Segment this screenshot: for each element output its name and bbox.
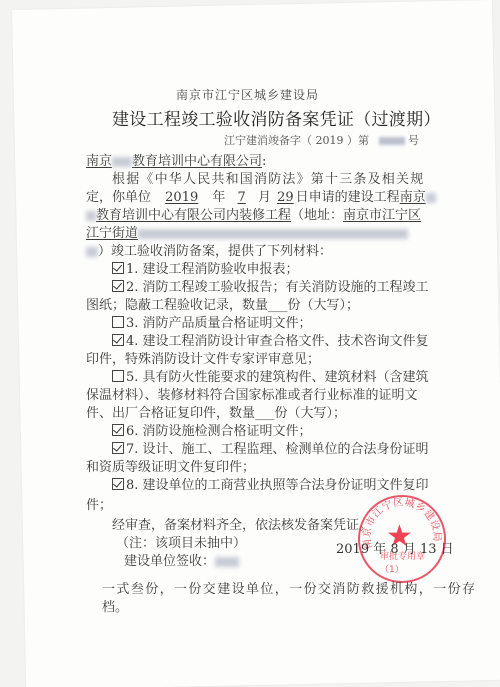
material-item-7: 7. 设计、施工、工程监理、检测单位的合法身份证明 [112, 438, 429, 457]
apply-year: 2019 [155, 190, 208, 205]
intro-line-2: 定，你单位 2019 年 7 月 29日申请的建设工程南京 [86, 186, 436, 205]
material-item-2: 2. 消防工程竣工验收报告；有关消防设施的工程竣工 [112, 276, 429, 295]
conclusion: 经审查，备案材料齐全，依法核发备案凭证。 [112, 514, 372, 533]
material-item-2-cont: 图纸；隐蔽工程验收记录，数量___份（大写）； [86, 294, 359, 313]
issue-date: 2019 年 8 月 13 日 [336, 538, 454, 557]
apply-day: 29 [275, 190, 296, 205]
redacted-address [138, 229, 408, 239]
checkbox-checked-icon [112, 280, 124, 292]
checkbox-checked-icon [112, 424, 124, 436]
redacted-text [112, 157, 132, 167]
checkbox-unchecked-icon [112, 316, 124, 328]
apply-month: 7 [230, 190, 254, 205]
material-item-5-cont-1: 保温材料）、装修材料符合国家标准或者行业标准的证明文 [86, 384, 418, 403]
checkbox-checked-icon [112, 442, 124, 454]
recipient: 南京教育培训中心有限公司: [86, 150, 266, 169]
checkbox-checked-icon [112, 334, 124, 346]
footer-line-1: 一式叁份，一份交建设单位，一份交消防救援机构，一份存 [102, 578, 476, 597]
redacted-signature [215, 557, 239, 567]
material-item-6: 6. 消防设施检测合格证明文件； [112, 420, 312, 439]
document-title: 建设工程竣工验收消防备案凭证（过渡期） [112, 105, 441, 130]
material-item-7-cont: 和资质等级证明文件复印件； [86, 456, 255, 475]
material-item-8-cont: 件； [86, 494, 112, 513]
document-number: 江宁建消竣备字（ 2019 ）第 号 [224, 132, 419, 148]
checkbox-checked-icon [112, 478, 124, 490]
project-name: 教育培训中心有限公司内装修工程 [96, 208, 291, 223]
intro-line-3: 教育培训中心有限公司内装修工程（地址：南京市江宁区 [86, 204, 421, 223]
footer-line-2: 档。 [102, 596, 128, 615]
material-item-3: 3. 消防产品质量合格证明文件； [112, 312, 312, 331]
intro-line-5: ）竣工验收消防备案，提供了下列材料： [86, 240, 332, 259]
intro-line-1: 根据《中华人民共和国消防法》第十三条及相关规 [112, 168, 424, 187]
checkbox-unchecked-icon [112, 370, 124, 382]
material-item-5: 5. 具有防火性能要求的建筑构件、建筑材料（含建筑 [112, 366, 429, 385]
note: （注：该项目未抽中） [116, 532, 246, 551]
checkbox-checked-icon [112, 262, 124, 274]
material-item-4: 4. 建设工程消防设计审查合格文件、技术咨询文件复 [112, 330, 429, 349]
material-item-5-cont-2: 件、出厂合格证复印件，数量___份（大写）； [86, 402, 346, 421]
material-item-4-cont: 印件，特殊消防设计文件专家评审意见； [86, 348, 320, 367]
document: 南京市江宁区城乡建设局 建设工程竣工验收消防备案凭证（过渡期） 江宁建消竣备字（… [0, 0, 500, 687]
project-address: 江宁街道 [86, 226, 138, 241]
signature-line: 建设单位签收： [124, 550, 239, 569]
material-item-1: 1. 建设工程消防验收申报表； [112, 258, 299, 277]
issuing-agency: 南京市江宁区城乡建设局 [176, 86, 319, 103]
redacted-number [379, 137, 405, 145]
material-item-8: 8. 建设单位的工商营业执照等合法身份证明文件复印 [112, 474, 429, 493]
intro-line-4: 江宁街道 [86, 222, 408, 241]
